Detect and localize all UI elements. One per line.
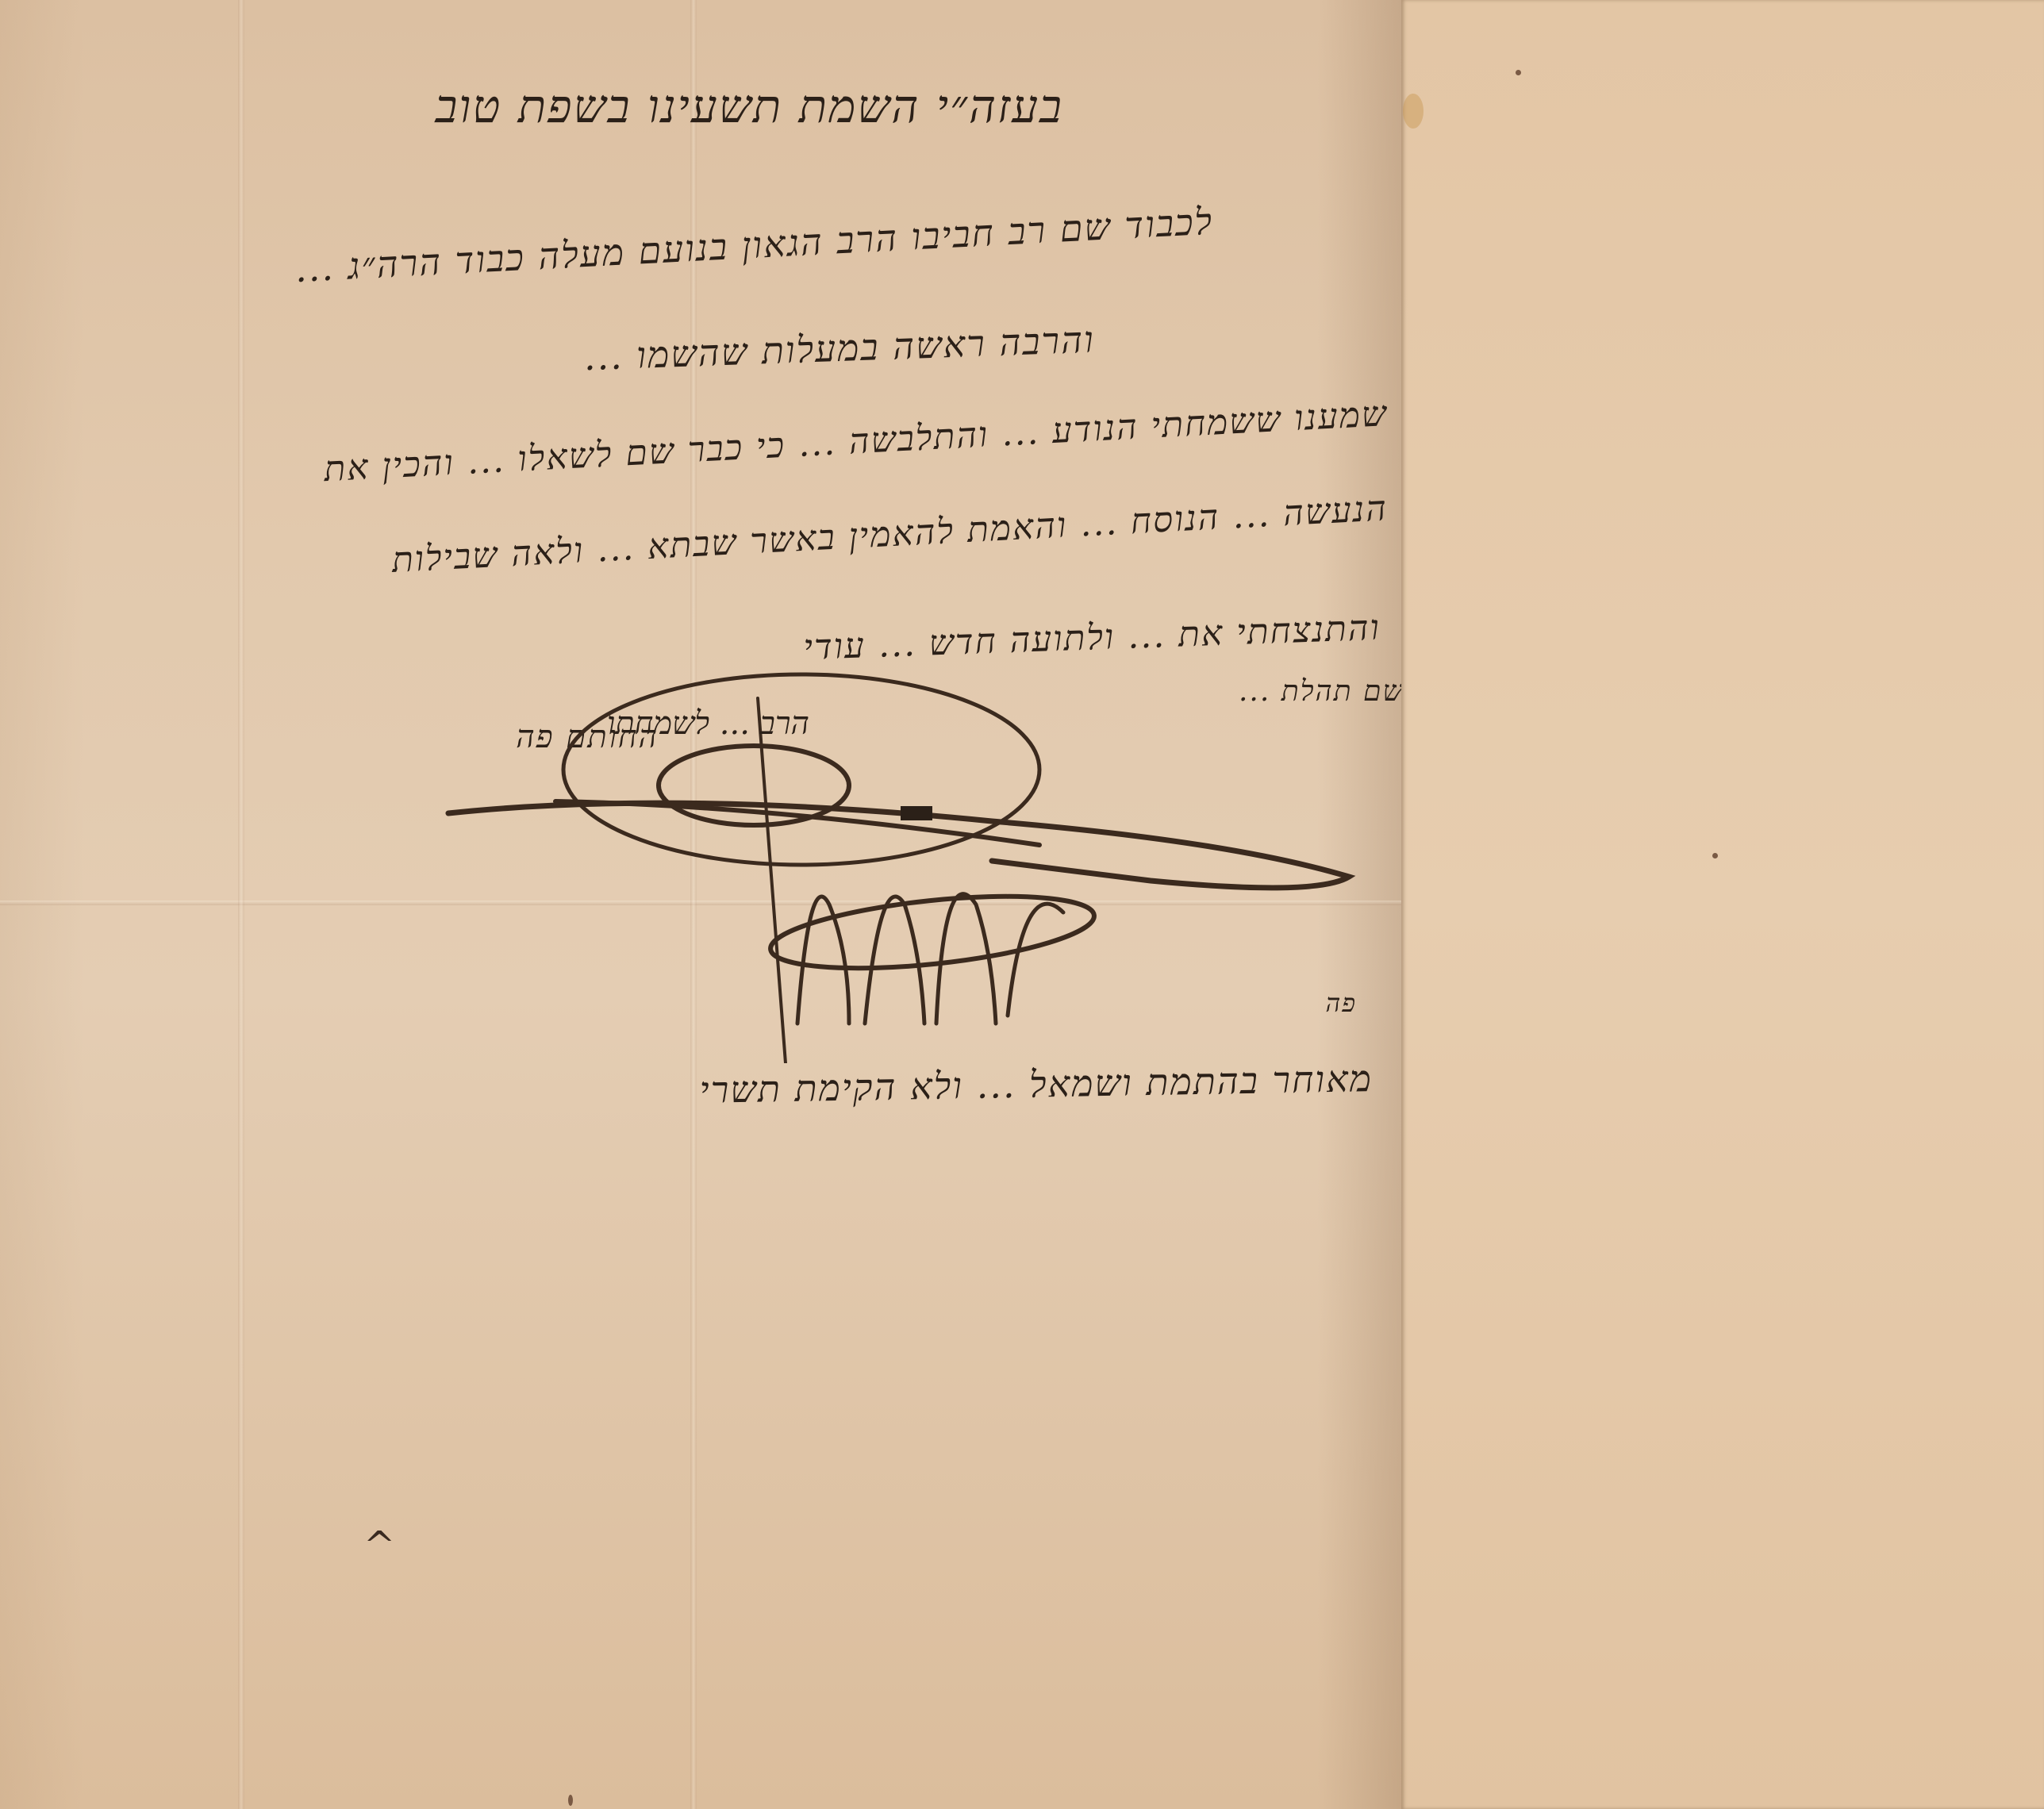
signature-flourish: הרב ... לשמחתו xyxy=(436,651,1389,1063)
paper-speck xyxy=(1712,853,1718,858)
paper-stain xyxy=(1403,94,1423,129)
stray-ink-mark: ^ xyxy=(363,1523,395,1568)
blank-facing-page xyxy=(1401,0,2044,1809)
svg-text:הרב ... לשמחתו: הרב ... לשמחתו xyxy=(607,705,809,742)
body-line: שמענו ששמחתי הנודע ... והתלבשה ... כי כב… xyxy=(56,394,1389,504)
date-prefix: פה xyxy=(1270,988,1357,1018)
body-line: והרבה ראשה במעלות שהשמו ... xyxy=(444,318,1095,384)
letter-header: בעזה״י השמת תשעינו בשפת טוב xyxy=(460,79,1063,133)
ink-speck xyxy=(568,1795,573,1806)
date-line: מאוחר בהתמת ושמאל ... ולא הקימת תשרי xyxy=(659,1057,1374,1112)
paper-speck xyxy=(1516,70,1521,75)
body-line: לכבוד שם רב חביבו הרב הגאון בנועם מעלה כ… xyxy=(48,200,1215,304)
letter-page: בעזה״י השמת תשעינו בשפת טוב לכבוד שם רב … xyxy=(0,0,1401,1809)
body-line: הנעשה ... הנוסח ... והאמת להאמין באשר שב… xyxy=(32,488,1389,599)
